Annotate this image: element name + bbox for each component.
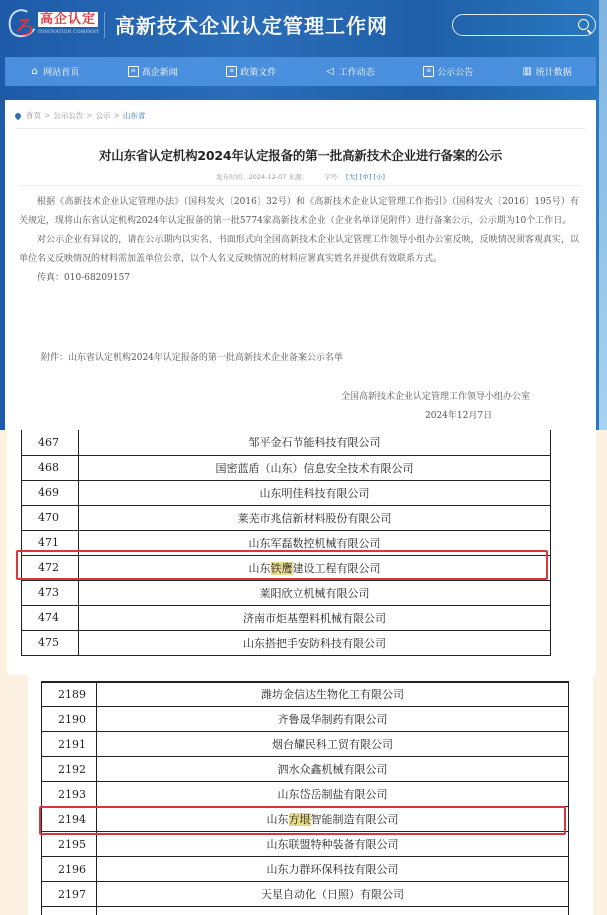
article-meta: 发布时间：2024-12-07 来源： 字号： [大] [中] [小] xyxy=(5,172,596,181)
font-size-small-button[interactable]: [小] xyxy=(373,173,385,181)
company-name-prefix: 山东 xyxy=(249,562,271,575)
table-row: 2190齐鲁晟华制药有限公司 xyxy=(42,707,569,732)
article-title: 对山东省认定机构2024年认定报备的第一批高新技术企业进行备案的公示 xyxy=(5,146,596,164)
table-row: 2192泗水众鑫机械有限公司 xyxy=(42,757,569,782)
table-row: 2195山东联盟特种装备有限公司 xyxy=(42,832,569,857)
nav-item-work[interactable]: ◁ 工作动态 xyxy=(301,65,400,78)
divider xyxy=(20,185,581,186)
company-name: 莱芜市兆信新材料股份有限公司 xyxy=(79,505,551,530)
paragraph-objection: 对公示企业有异议的，请在公示期内以实名、书面形式向全国高新技术企业认定管理工作领… xyxy=(19,231,579,269)
table-row: 2193山东岱岳制盐有限公司 xyxy=(42,782,569,807)
company-name: 山东方垠智能制造有限公司 xyxy=(97,807,569,832)
breadcrumb-separator: > xyxy=(44,111,50,120)
chart-icon: ▥ xyxy=(522,66,533,77)
nav-item-label: 工作动态 xyxy=(339,65,375,78)
breadcrumb-home[interactable]: 首页 xyxy=(26,110,41,121)
nav-item-notice[interactable]: ≡ 公示公告 xyxy=(399,65,498,78)
table-row-highlighted: 472 山东铁鹰建设工程有限公司 xyxy=(22,555,551,580)
company-name: 齐鲁晟华制药有限公司 xyxy=(97,707,569,732)
highlighted-text: 方垠 xyxy=(289,813,311,826)
attachment-link[interactable]: 附件：山东省认定机构2024年认定报备的第一批高新技术企业备案公示名单 xyxy=(41,350,343,363)
company-name: 山东联盟特种装备有限公司 xyxy=(97,832,569,857)
row-number: 2193 xyxy=(42,782,97,807)
company-name: 国密蓝盾（山东）信息安全技术有限公司 xyxy=(79,455,551,480)
company-name: 天星自动化（日照）有限公司 xyxy=(97,882,569,907)
publish-time: 2024-12-07 xyxy=(249,173,287,181)
search-icon[interactable] xyxy=(578,19,589,30)
company-name: 山东搭把手安防科技有限公司 xyxy=(79,630,551,655)
document-icon: ≡ xyxy=(226,66,237,77)
home-icon: ⌂ xyxy=(29,66,40,77)
company-name: 潍坊金信达生物化工有限公司 xyxy=(97,682,569,707)
row-number: 2190 xyxy=(42,707,97,732)
source-label: 来源： xyxy=(288,173,308,181)
table-row: 471山东军磊数控机械有限公司 xyxy=(22,530,551,555)
main-nav: ⌂ 网站首页 ≡ 高企新闻 ≡ 政策文件 ◁ 工作动态 ≡ 公示公告 ▥ 统计数… xyxy=(5,57,596,86)
breadcrumb-current[interactable]: 山东省 xyxy=(123,110,146,121)
table-row: 470莱芜市兆信新材料股份有限公司 xyxy=(22,505,551,530)
nav-item-home[interactable]: ⌂ 网站首页 xyxy=(5,65,104,78)
publish-time-label: 发布时间： xyxy=(216,173,249,181)
row-number: 2189 xyxy=(42,682,97,707)
company-name-suffix: 建设工程有限公司 xyxy=(293,562,381,575)
nav-item-label: 统计数据 xyxy=(536,65,572,78)
company-name: 山东岱岳制盐有限公司 xyxy=(97,782,569,807)
paragraph-basis: 根据《高新技术企业认定管理办法》（国科发火〔2016〕32号）和《高新技术企业认… xyxy=(19,193,579,231)
company-name: 山东力群环保科技有限公司 xyxy=(97,857,569,882)
nav-item-stats[interactable]: ▥ 统计数据 xyxy=(498,65,597,78)
company-name: 山东铁鹰建设工程有限公司 xyxy=(79,555,551,580)
breadcrumb-notices[interactable]: 公示公告 xyxy=(53,110,83,121)
font-size-label: 字号： xyxy=(324,173,344,181)
company-name: 莱阳欣立机械有限公司 xyxy=(79,580,551,605)
row-number: 468 xyxy=(22,455,79,480)
divider xyxy=(15,128,586,129)
row-number: 469 xyxy=(22,480,79,505)
clipboard-icon: ≡ xyxy=(423,66,434,77)
highlighted-text: 铁鹰 xyxy=(271,562,293,575)
table-row: 468国密蓝盾（山东）信息安全技术有限公司 xyxy=(22,455,551,480)
paper-plane-icon: ◁ xyxy=(325,66,336,77)
company-table-2: 2189潍坊金信达生物化工有限公司 2190齐鲁晟华制药有限公司 2191烟台耀… xyxy=(41,681,569,915)
table-row-partial xyxy=(42,907,569,915)
company-name-prefix: 山东 xyxy=(267,813,289,826)
breadcrumb-separator: > xyxy=(86,111,92,120)
company-name: 山东军磊数控机械有限公司 xyxy=(79,530,551,555)
company-table-1: 467邹平金石节能科技有限公司 468国密蓝盾（山东）信息安全技术有限公司 46… xyxy=(21,430,551,656)
company-list-excerpt-2: 2189潍坊金信达生物化工有限公司 2190齐鲁晟华制药有限公司 2191烟台耀… xyxy=(28,675,593,915)
site-logo[interactable]: ろ 高企认定 INNOVATION COMPANY xyxy=(8,9,100,39)
row-number: 2194 xyxy=(42,807,97,832)
row-number: 2195 xyxy=(42,832,97,857)
signature-organization: 全国高新技术企业认定管理工作领导小组办公室 xyxy=(341,389,530,402)
nav-item-label: 网站首页 xyxy=(43,65,79,78)
breadcrumb-public[interactable]: 公示 xyxy=(96,110,111,121)
table-row: 473莱阳欣立机械有限公司 xyxy=(22,580,551,605)
font-size-large-button[interactable]: [大] xyxy=(346,173,358,181)
table-row: 474济南市炬基塑料机械有限公司 xyxy=(22,605,551,630)
company-name: 邹平金石节能科技有限公司 xyxy=(79,430,551,455)
search-box xyxy=(452,14,596,36)
search-input[interactable] xyxy=(453,17,573,37)
row-number: 470 xyxy=(22,505,79,530)
logo-figure-icon: ろ xyxy=(15,11,35,40)
article-card: 首页 > 公示公告 > 公示 > 山东省 对山东省认定机构2024年认定报备的第… xyxy=(5,100,596,430)
company-name: 烟台耀民科工贸有限公司 xyxy=(97,732,569,757)
site-title: 高新技术企业认定管理工作网 xyxy=(115,10,388,39)
company-name: 泗水众鑫机械有限公司 xyxy=(97,757,569,782)
row-number: 2196 xyxy=(42,857,97,882)
company-name-suffix: 智能制造有限公司 xyxy=(311,813,399,826)
row-number xyxy=(42,907,97,915)
table-row: 2197天星自动化（日照）有限公司 xyxy=(42,882,569,907)
nav-item-label: 政策文件 xyxy=(240,65,276,78)
row-number: 2197 xyxy=(42,882,97,907)
company-list-excerpt-1: 467邹平金石节能科技有限公司 468国密蓝盾（山东）信息安全技术有限公司 46… xyxy=(7,430,596,675)
row-number: 471 xyxy=(22,530,79,555)
row-number: 472 xyxy=(22,555,79,580)
logo-text-en: INNOVATION COMPANY xyxy=(38,30,99,35)
table-row-highlighted: 2194 山东方垠智能制造有限公司 xyxy=(42,807,569,832)
row-number: 2191 xyxy=(42,732,97,757)
row-number: 475 xyxy=(22,630,79,655)
table-row: 469山东明佳科技有限公司 xyxy=(22,480,551,505)
breadcrumb-separator: > xyxy=(114,111,120,120)
site-header: ろ 高企认定 INNOVATION COMPANY 高新技术企业认定管理工作网 xyxy=(0,0,600,50)
location-pin-icon xyxy=(14,111,22,119)
nav-item-news[interactable]: ≡ 高企新闻 xyxy=(104,65,203,78)
news-icon: ≡ xyxy=(128,66,139,77)
table-row: 2196山东力群环保科技有限公司 xyxy=(42,857,569,882)
breadcrumb: 首页 > 公示公告 > 公示 > 山东省 xyxy=(15,110,145,121)
logo-divider xyxy=(104,12,105,38)
row-number: 474 xyxy=(22,605,79,630)
nav-item-label: 高企新闻 xyxy=(142,65,178,78)
row-number: 473 xyxy=(22,580,79,605)
font-size-medium-button[interactable]: [中] xyxy=(360,173,372,181)
table-row: 475山东搭把手安防科技有限公司 xyxy=(22,630,551,655)
paragraph-fax: 传真：010-68209157 xyxy=(19,269,579,288)
company-name xyxy=(97,907,569,915)
nav-item-policy[interactable]: ≡ 政策文件 xyxy=(202,65,301,78)
website-screenshot: ろ 高企认定 INNOVATION COMPANY 高新技术企业认定管理工作网 … xyxy=(0,0,607,430)
logo-text-cn: 高企认定 xyxy=(38,12,98,27)
table-row: 467邹平金石节能科技有限公司 xyxy=(22,430,551,455)
signature-date: 2024年12月7日 xyxy=(425,408,492,421)
company-name: 济南市炬基塑料机械有限公司 xyxy=(79,605,551,630)
nav-item-label: 公示公告 xyxy=(437,65,473,78)
row-number: 467 xyxy=(22,430,79,455)
article-body: 根据《高新技术企业认定管理办法》（国科发火〔2016〕32号）和《高新技术企业认… xyxy=(19,193,579,288)
row-number: 2192 xyxy=(42,757,97,782)
table-row: 2191烟台耀民科工贸有限公司 xyxy=(42,732,569,757)
table-row: 2189潍坊金信达生物化工有限公司 xyxy=(42,682,569,707)
company-name: 山东明佳科技有限公司 xyxy=(79,480,551,505)
